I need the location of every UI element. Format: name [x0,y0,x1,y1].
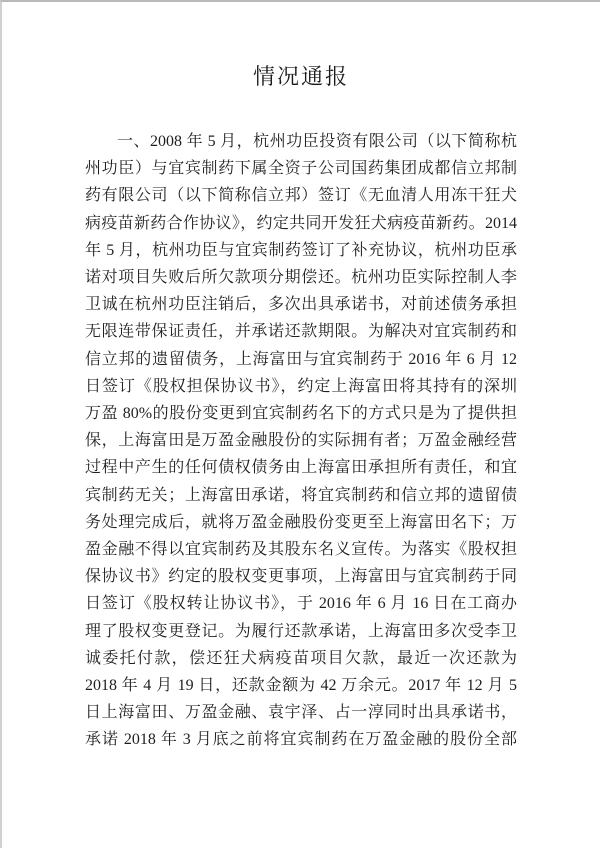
text-line: 日上海富田、万盈金融、袁宇泽、占一淳同时出具承诺书， [85,699,517,726]
text-line: 过程中产生的任何债权债务由上海富田承担所有责任，和宜 [85,454,517,481]
text-line: 一、2008 年 5 月，杭州功臣投资有限公司（以下简称杭 [85,128,517,155]
document-page: 情况通报 一、2008 年 5 月，杭州功臣投资有限公司（以下简称杭州功臣）与宜… [0,0,600,848]
text-line: 2018 年 4 月 19 日，还款金额为 42 万余元。2017 年 12 月… [85,672,517,699]
document-body: 一、2008 年 5 月，杭州功臣投资有限公司（以下简称杭州功臣）与宜宾制药下属… [85,128,517,754]
text-line: 保，上海富田是万盈金融股份的实际拥有者；万盈金融经营 [85,427,517,454]
text-line: 诺对项目失败后所欠款项分期偿还。杭州功臣实际控制人李 [85,264,517,291]
text-line: 万盈 80%的股份变更到宜宾制药名下的方式只是为了提供担 [85,400,517,427]
text-line: 年 5 月，杭州功臣与宜宾制药签订了补充协议，杭州功臣承 [85,237,517,264]
text-line: 日签订《股权担保协议书》，约定上海富田将其持有的深圳 [85,373,517,400]
text-line: 理了股权变更登记。为履行还款承诺，上海富田多次受李卫 [85,618,517,645]
text-line: 盈金融不得以宜宾制药及其股东名义宣传。为落实《股权担 [85,536,517,563]
text-line: 日签订《股权转让协议书》，于 2016 年 6 月 16 日在工商办 [85,590,517,617]
text-line: 卫诚在杭州功臣注销后，多次出具承诺书，对前述债务承担 [85,291,517,318]
text-line: 病疫苗新药合作协议》，约定共同开发狂犬病疫苗新药。2014 [85,210,517,237]
text-line: 信立邦的遗留债务，上海富田与宜宾制药于 2016 年 6 月 12 [85,346,517,373]
text-line: 宾制药无关；上海富田承诺，将宜宾制药和信立邦的遗留债 [85,482,517,509]
document-title: 情况通报 [2,62,600,92]
text-line: 药有限公司（以下简称信立邦）签订《无血清人用冻干狂犬 [85,182,517,209]
text-line: 务处理完成后，就将万盈金融股份变更至上海富田名下；万 [85,509,517,536]
text-line: 诚委托付款，偿还狂犬病疫苗项目欠款，最近一次还款为 [85,645,517,672]
text-line: 无限连带保证责任，并承诺还款期限。为解决对宜宾制药和 [85,318,517,345]
text-line: 州功臣）与宜宾制药下属全资子公司国药集团成都信立邦制 [85,155,517,182]
text-line: 承诺 2018 年 3 月底之前将宜宾制药在万盈金融的股份全部 [85,726,517,753]
text-line: 保协议书》约定的股权变更事项，上海富田与宜宾制药于同 [85,563,517,590]
